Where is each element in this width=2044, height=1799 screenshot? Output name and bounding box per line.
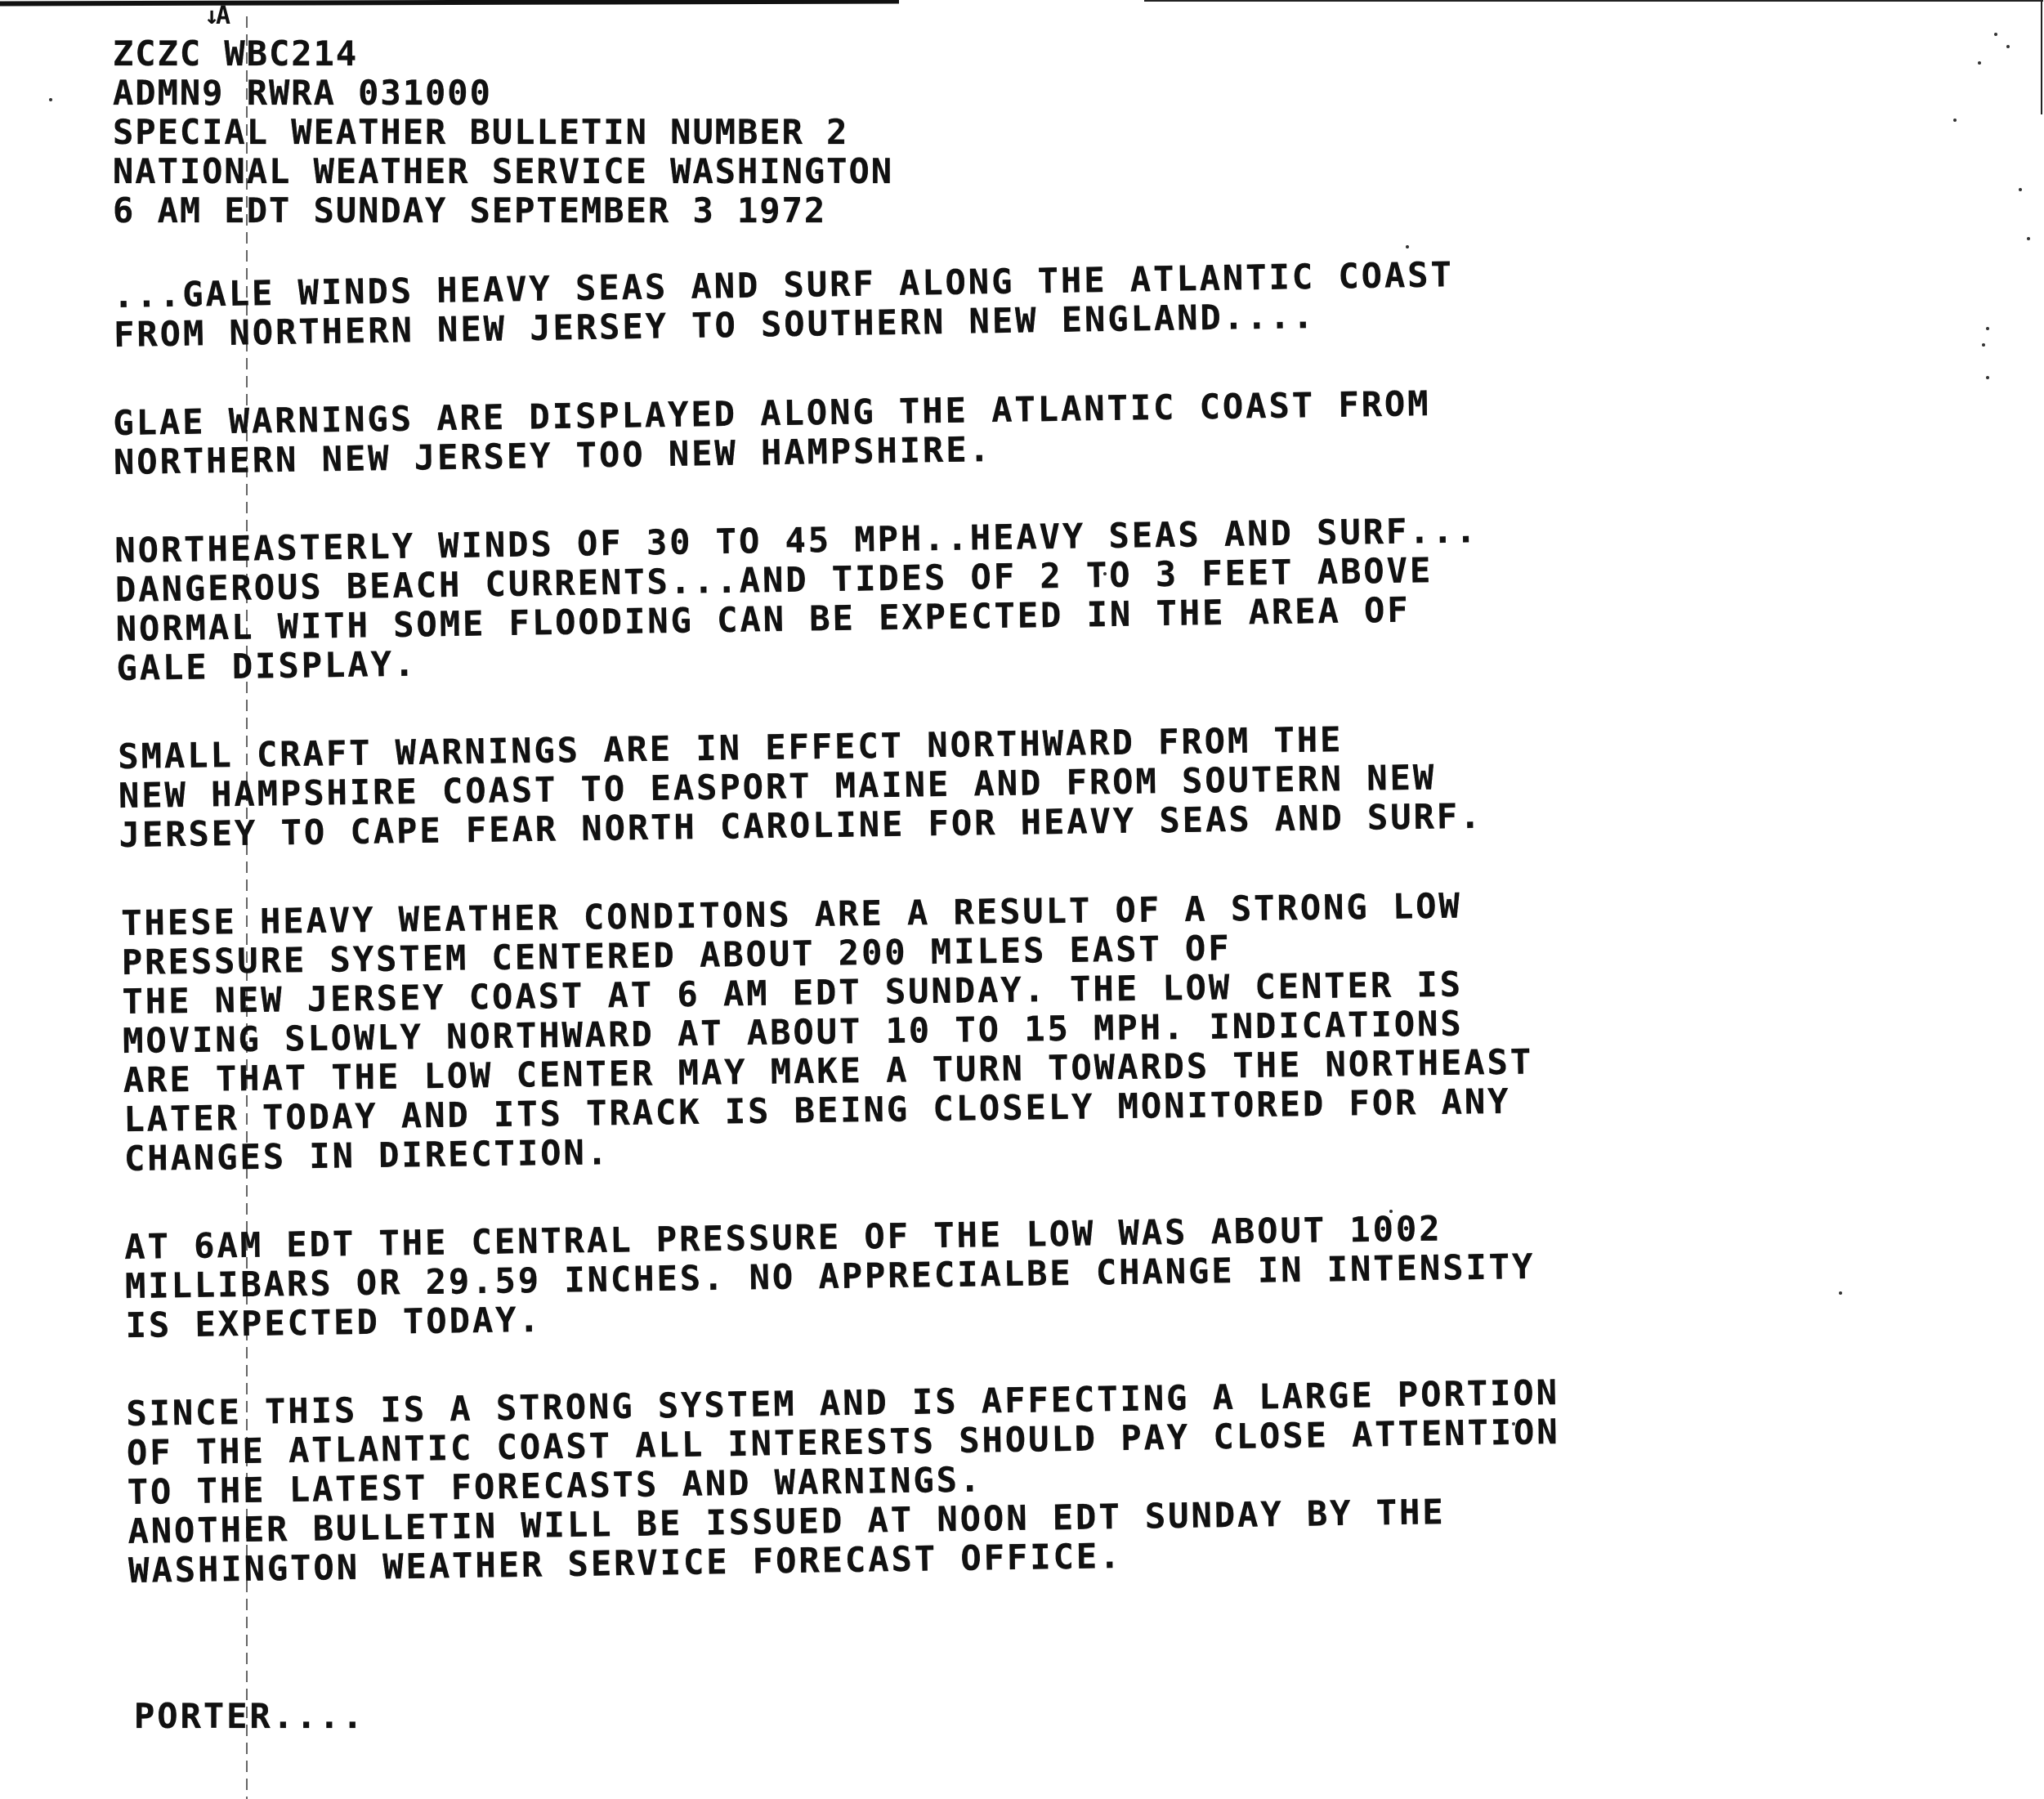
scan-speck <box>1986 327 1989 330</box>
scan-speck <box>2006 45 2010 48</box>
scan-speck <box>1103 572 1107 575</box>
scan-speck <box>1512 1422 1515 1425</box>
bulletin-header: ZCZC WBC214 ADMN9 RWRA 031000 SPECIAL WE… <box>113 34 1747 230</box>
issuing-office: NATIONAL WEATHER SERVICE WASHINGTON <box>113 152 1747 191</box>
scan-speck <box>49 98 52 101</box>
header-line-id: ADMN9 RWRA 031000 <box>113 74 1747 113</box>
scan-speck <box>1389 1210 1393 1213</box>
scan-speck <box>1839 1291 1842 1295</box>
paragraph-pressure: AT 6AM EDT THE CENTRAL PRESSURE OF THE L… <box>124 1205 1749 1345</box>
paragraph-advisory: SINCE THIS IS A STRONG SYSTEM AND IS AFF… <box>126 1371 1750 1591</box>
scan-speck <box>2019 188 2022 191</box>
bulletin-title: SPECIAL WEATHER BULLETIN NUMBER 2 <box>113 113 1747 152</box>
scan-top-edge <box>0 0 899 6</box>
scan-speck <box>2027 237 2030 240</box>
scan-speck <box>1982 343 1985 347</box>
issue-time: 6 AM EDT SUNDAY SEPTEMBER 3 1972 <box>113 191 1747 230</box>
tab-marker-icon: ↓A <box>204 2 227 30</box>
scan-right-edge <box>2041 0 2042 114</box>
paragraph-winds: NORTHEASTERLY WINDS OF 30 TO 45 MPH..HEA… <box>114 507 1750 688</box>
scan-speck <box>1986 376 1989 379</box>
scan-speck <box>1953 119 1957 122</box>
paragraph-conditions: THESE HEAVY WEATHER CONDITONS ARE A RESU… <box>121 883 1751 1179</box>
weather-bulletin: ZCZC WBC214 ADMN9 RWRA 031000 SPECIAL WE… <box>113 34 1747 1736</box>
bulletin-body: ...GALE WINDS HEAVY SEAS AND SURF ALONG … <box>113 230 1747 1591</box>
signature: PORTER.... <box>134 1697 1747 1736</box>
scan-top-edge-right <box>1144 0 2043 2</box>
scan-speck <box>1406 245 1409 248</box>
header-line-routing: ZCZC WBC214 <box>113 34 1747 74</box>
scan-speck <box>1994 33 1997 36</box>
paragraph-small-craft: SMALL CRAFT WARNINGS ARE IN EFFECT NORTH… <box>118 714 1749 855</box>
scan-speck <box>1978 61 1981 65</box>
